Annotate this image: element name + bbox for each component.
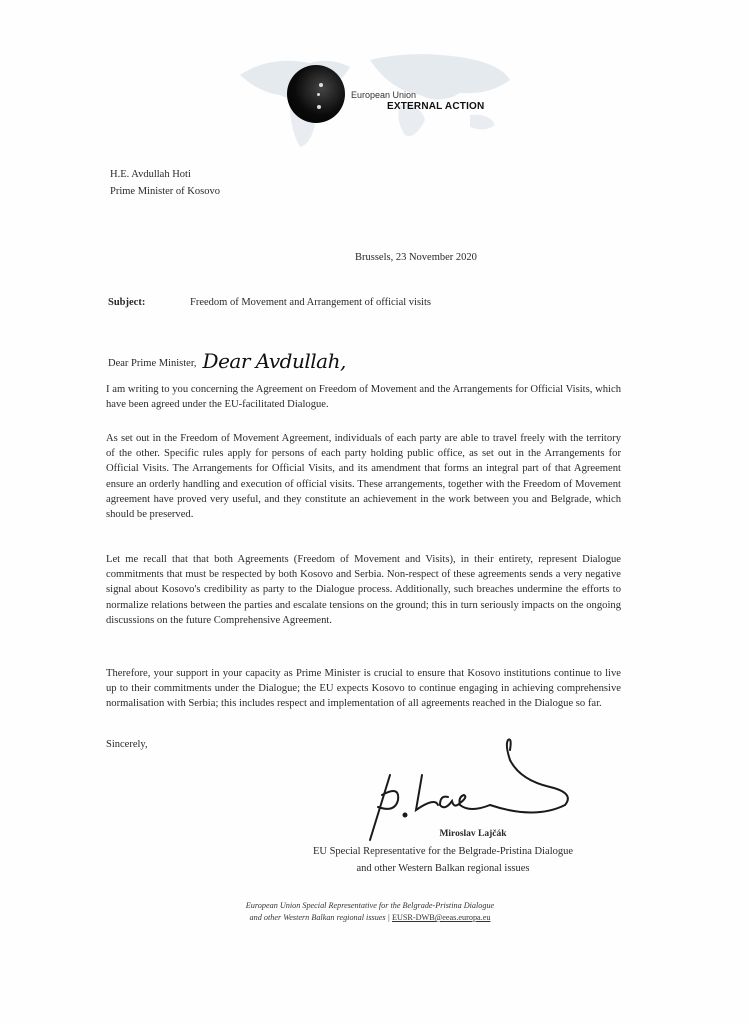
- salutation-printed: Dear Prime Minister,: [108, 358, 197, 369]
- signer-block: Miroslav Lajčák EU Special Representativ…: [268, 826, 618, 877]
- letter-date: Brussels, 23 November 2020: [355, 252, 477, 263]
- eu-external-action-logo: European Union EXTERNAL ACTION: [287, 65, 484, 123]
- body-paragraph-1: I am writing to you concerning the Agree…: [106, 382, 621, 412]
- footer-line2: and other Western Balkan regional issues…: [250, 913, 390, 922]
- globe-icon: [287, 65, 345, 123]
- body-paragraph-3: Let me recall that that both Agreements …: [106, 552, 621, 628]
- org-name-line1: European Union: [351, 89, 484, 101]
- recipient-title: Prime Minister of Kosovo: [110, 183, 220, 200]
- letter-page: European Union EXTERNAL ACTION H.E. Avdu…: [0, 0, 749, 1024]
- footer-line1: European Union Special Representative fo…: [170, 900, 570, 912]
- body-paragraph-4: Therefore, your support in your capacity…: [106, 666, 621, 712]
- footer-email-link[interactable]: EUSR-DWB@eeas.europa.eu: [392, 913, 490, 922]
- subject-label: Subject:: [108, 297, 190, 308]
- recipient-block: H.E. Avdullah Hoti Prime Minister of Kos…: [110, 166, 220, 200]
- salutation: Dear Prime Minister, Dear Avdullah,: [108, 345, 346, 369]
- signer-name: Miroslav Lajčák: [328, 826, 618, 843]
- letter-footer: European Union Special Representative fo…: [170, 900, 570, 924]
- salutation-handwritten: Dear Avdullah,: [203, 349, 346, 373]
- body-paragraph-2: As set out in the Freedom of Movement Ag…: [106, 431, 621, 522]
- signer-title-line1: EU Special Representative for the Belgra…: [268, 843, 618, 860]
- recipient-name: H.E. Avdullah Hoti: [110, 166, 220, 183]
- org-name-line2: EXTERNAL ACTION: [387, 101, 484, 113]
- signer-title-line2: and other Western Balkan regional issues: [268, 860, 618, 877]
- subject-line: Subject: Freedom of Movement and Arrange…: [108, 297, 431, 308]
- closing: Sincerely,: [106, 739, 148, 750]
- subject-text: Freedom of Movement and Arrangement of o…: [190, 297, 431, 308]
